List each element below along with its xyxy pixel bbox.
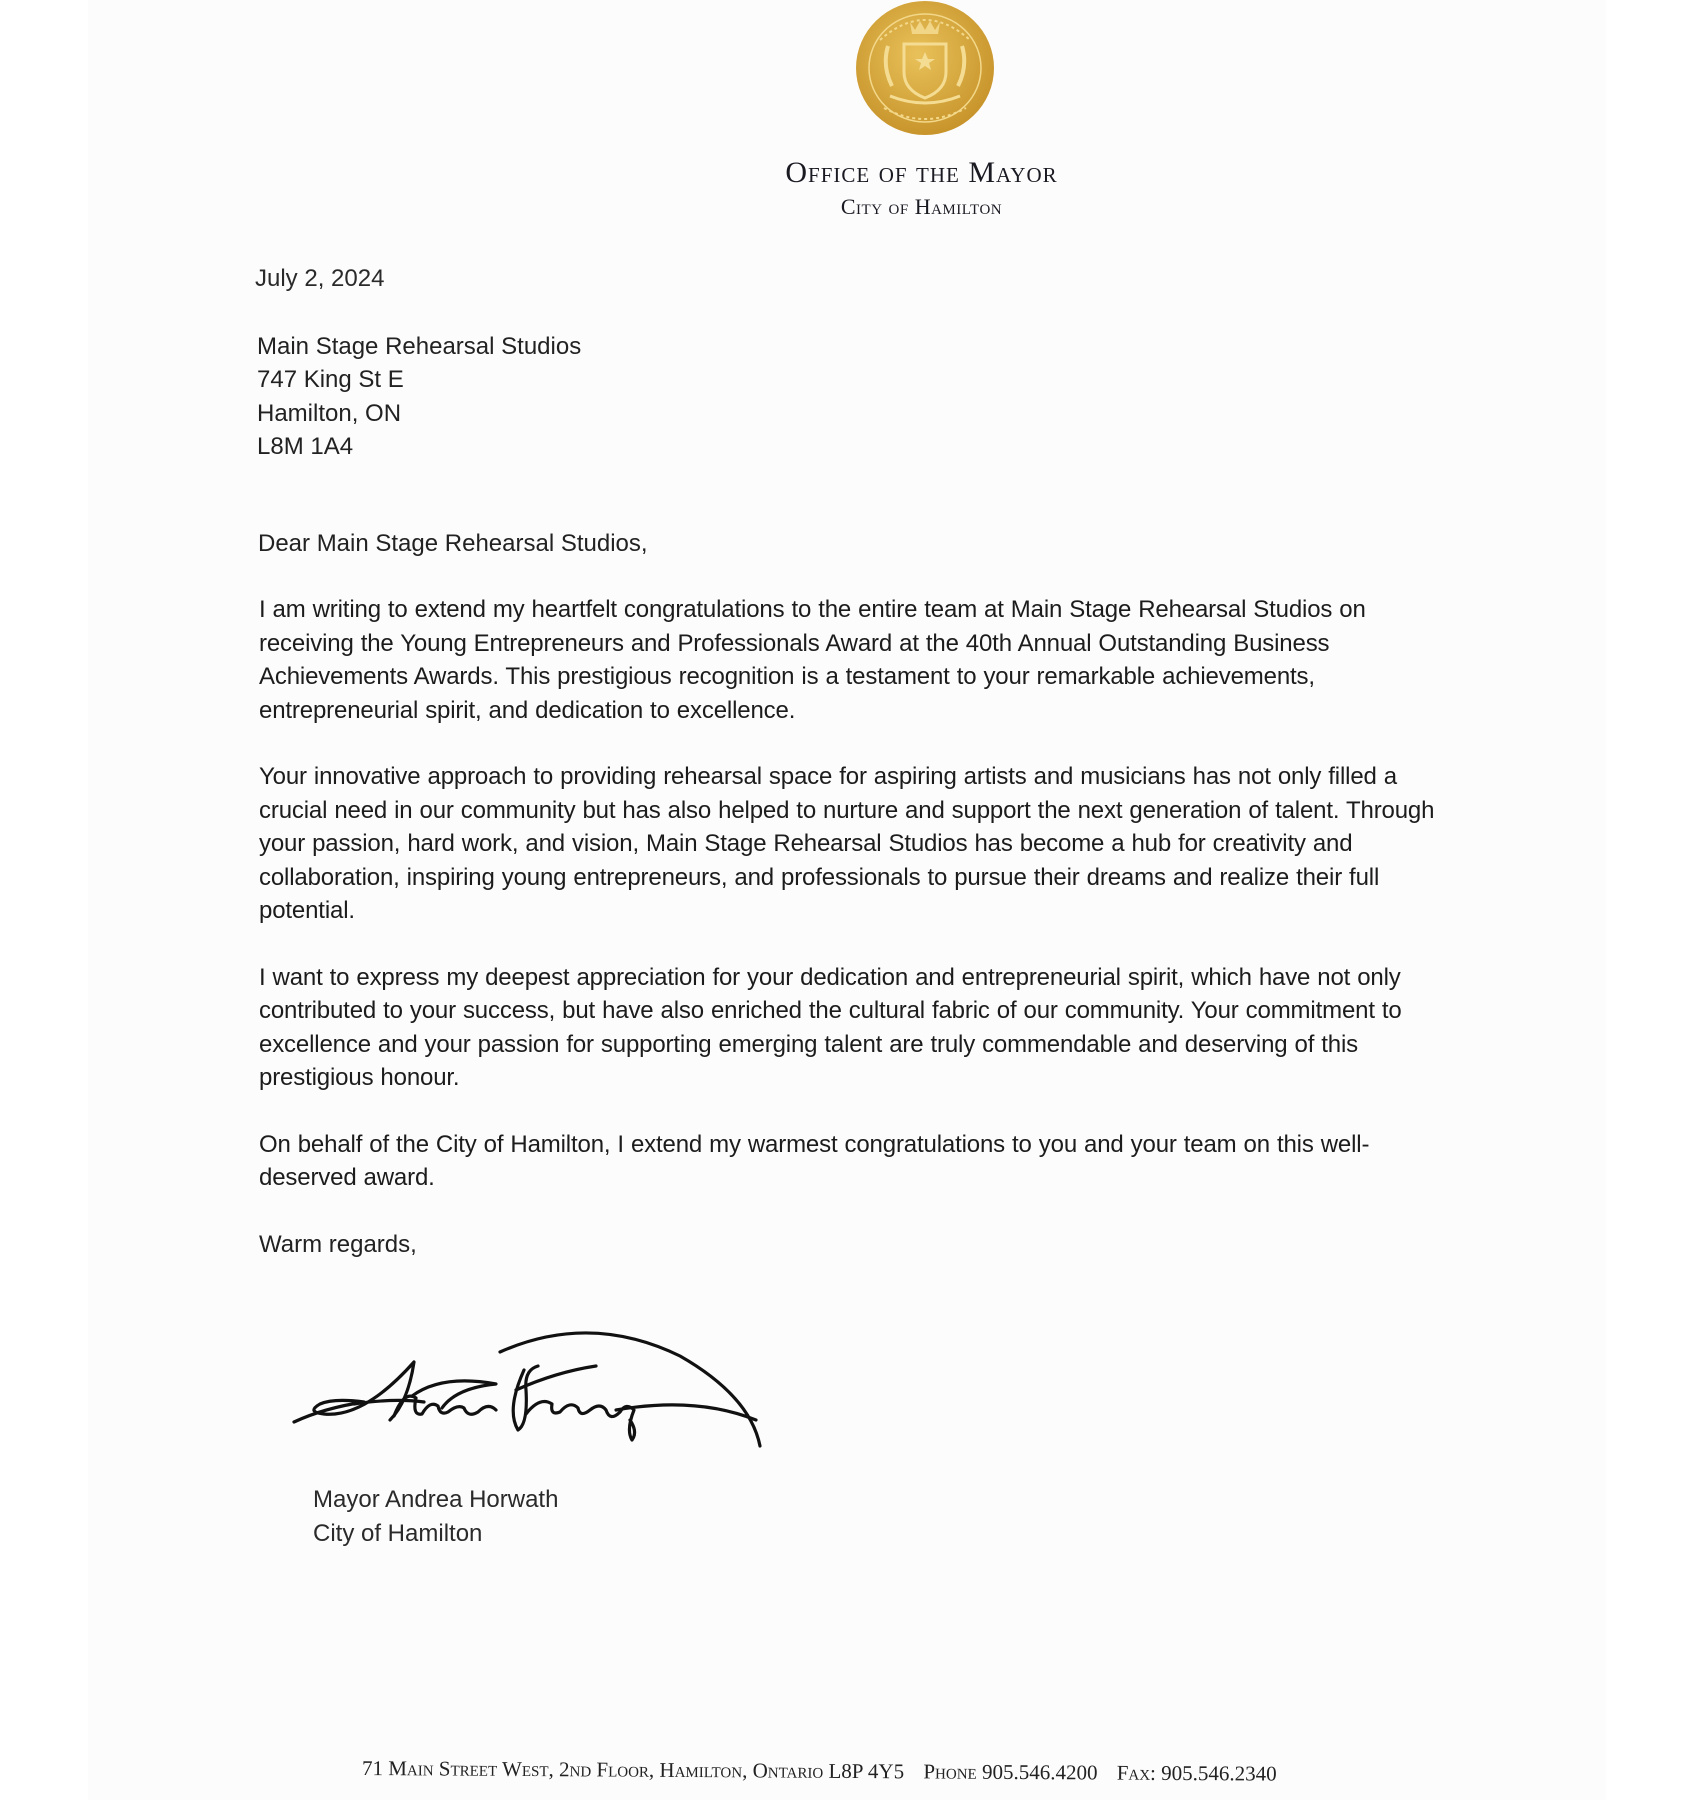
paragraph-approach: Your innovative approach to providing re… — [259, 760, 1455, 928]
footer-phone: Phone 905.546.4200 — [923, 1759, 1097, 1784]
recipient-name: Main Stage Rehearsal Studios — [257, 330, 1455, 364]
recipient-street: 747 King St E — [257, 363, 1455, 397]
recipient-address: Main Stage Rehearsal Studios 747 King St… — [257, 330, 1455, 464]
paragraph-appreciation: I want to express my deepest appreciatio… — [259, 961, 1455, 1095]
signatory-organization: City of Hamilton — [313, 1517, 558, 1551]
office-subtitle: City of Hamilton — [0, 194, 1700, 220]
signatory-block: Mayor Andrea Horwath City of Hamilton — [313, 1483, 558, 1551]
letter-body: July 2, 2024 Main Stage Rehearsal Studio… — [255, 262, 1455, 1261]
office-title: Office of the Mayor — [0, 156, 1700, 190]
paragraph-behalf: On behalf of the City of Hamilton, I ext… — [259, 1128, 1455, 1195]
letter-page: Office of the Mayor City of Hamilton Jul… — [88, 0, 1606, 1800]
letterhead-footer: 71 Main Street West, 2nd Floor, Hamilton… — [362, 1756, 1291, 1787]
paragraph-congratulations: I am writing to extend my heartfelt cong… — [259, 593, 1455, 727]
closing: Warm regards, — [259, 1228, 1455, 1262]
recipient-postal-code: L8M 1A4 — [257, 430, 1455, 464]
city-seal-icon — [854, 0, 996, 136]
salutation: Dear Main Stage Rehearsal Studios, — [258, 527, 1455, 561]
footer-fax: Fax: 905.546.2340 — [1117, 1761, 1277, 1786]
footer-address: 71 Main Street West, 2nd Floor, Hamilton… — [362, 1756, 904, 1783]
recipient-city: Hamilton, ON — [257, 397, 1455, 431]
signature-icon — [290, 1330, 780, 1460]
letter-date: July 2, 2024 — [255, 262, 1455, 296]
signatory-name: Mayor Andrea Horwath — [313, 1483, 558, 1517]
